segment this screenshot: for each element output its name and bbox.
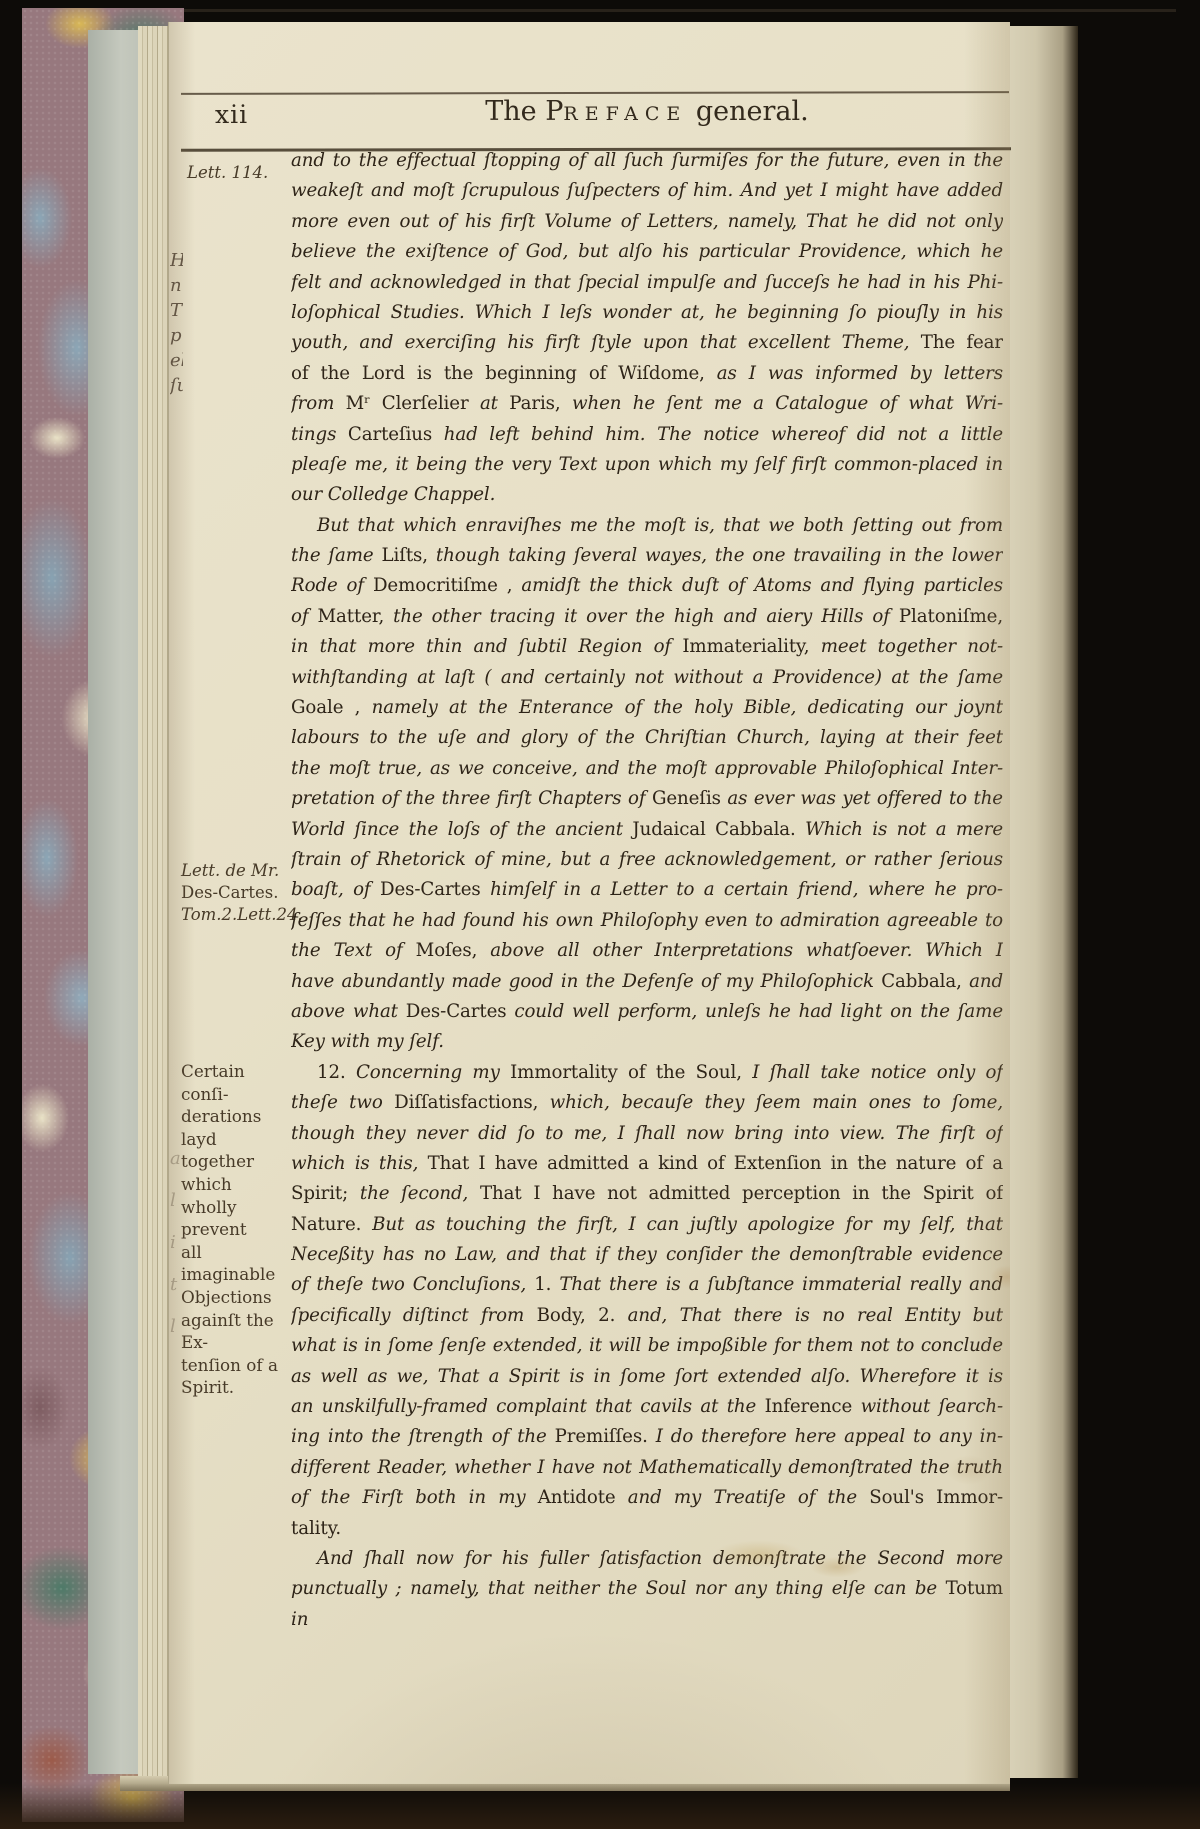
text-segment: But as touching the firſt, I can juſtly … [372,1214,1003,1235]
text-segment: Inference [765,1396,861,1417]
printed-page: xii The PREFACE general. Lett. 114. Lett… [168,22,1010,1784]
edge-stray-letter: l [170,1316,183,1337]
text-block: and to the effectual ſtopping of all ſuc… [291,146,1003,1635]
text-segment: Which is not a mere [805,819,1003,840]
text-segment: I ſhall take notice only of [752,1062,1003,1083]
margin-note-line: Lett. de Mr. [181,860,293,882]
text-segment: believe the exiſtence of God, but alſo h… [291,241,1003,262]
text-segment: That there is a ſubſtance immaterial rea… [559,1274,1003,1295]
bottom-shadow [0,1783,1200,1829]
text-segment: when he ſent me a Catalogue of what Wri- [572,393,1003,414]
text-segment: could well perform, unleſs he had light … [514,1001,1003,1022]
text-line: pleaſe me, it being the very Text upon w… [291,450,1003,480]
text-segment: which is this, [291,1153,428,1174]
text-segment: which, becauſe they ſeem main ones to ſo… [550,1092,1003,1113]
text-line: youth, and exerciſing his firſt ſtyle up… [291,328,1003,358]
text-segment: of the Firſt both in my [291,1487,538,1508]
text-segment: Antidote [538,1487,628,1508]
text-segment: labours to the uſe and glory of the Chri… [291,727,1003,748]
right-fore-edge [1008,26,1078,1778]
text-line: tality. [291,1514,1003,1544]
text-segment: have abundantly made good in the Defenſe… [291,971,881,992]
text-line: 12. Concerning my Immortality of the Sou… [291,1058,1003,1088]
margin-note-line: all imaginable [181,1241,295,1286]
margin-note-considerations: Certain conſi-derations laydtogether whi… [181,1060,295,1399]
edge-stray-letter: T [170,300,183,321]
text-line: And ſhall now for his fuller ſatisfactio… [291,1544,1003,1574]
text-segment: Platoniſme, [899,606,1003,627]
margin-note-line: Des-Cartes. [181,882,293,904]
text-segment: and my Treatiſe of the [628,1487,869,1508]
catchword: in [291,1605,1003,1635]
text-segment: an unskilfully-framed complaint that cav… [291,1396,765,1417]
text-segment: That I have admitted a kind of Extenſion… [428,1153,1003,1174]
text-line: Goale , namely at the Enterance of the h… [291,693,1003,723]
text-segment: 12. [317,1062,356,1083]
edge-stray-letter: p [170,325,183,346]
text-line: Spirit; the ſecond, That I have not admi… [291,1179,1003,1209]
text-line: more even out of his firſt Volume of Let… [291,207,1003,237]
text-segment: felt and acknowledged in that ſpecial im… [291,272,1003,293]
text-segment: Concerning my [356,1062,510,1083]
text-segment: Diſſatisfactions, [394,1092,550,1113]
text-segment: Soul's Immor- [869,1487,1003,1508]
text-line: the ſame Liſts, though taking ſeveral wa… [291,541,1003,571]
text-segment: above what [291,1001,406,1022]
text-segment: Immateriality, [682,636,820,657]
text-segment: I do therefore here appeal to any in- [656,1426,1003,1447]
text-segment: ing into the ſtrength of the [291,1426,555,1447]
text-line: an unskilfully-framed complaint that cav… [291,1392,1003,1422]
text-segment: That I have not admitted perception in t… [480,1183,1003,1204]
text-line: boaſt, of Des-Cartes himſelf in a Letter… [291,875,1003,905]
text-segment: Nature. [291,1214,372,1235]
text-line: ſtrain of Rhetorick of mine, but a free … [291,845,1003,875]
text-line: ſpecifically diſtinct from Body, 2. and,… [291,1301,1003,1331]
text-segment: And ſhall now for his fuller ſatisfactio… [317,1548,1003,1569]
text-segment: Premiſſes. [555,1426,656,1447]
edge-stray-letter: ſu [170,375,183,396]
text-segment: Totum [946,1578,1003,1599]
text-segment: Democritiſme , [373,575,521,596]
text-segment: the ſecond, [360,1183,480,1204]
text-segment: had left behind him. The notice whereof … [444,424,1003,445]
text-segment: in that more thin and ſubtil Region of [291,636,682,657]
text-line: tings Carteſius had left behind him. The… [291,420,1003,450]
text-segment: Des-Cartes [380,879,490,900]
text-line: labours to the uſe and glory of the Chri… [291,723,1003,753]
text-segment: Matter, [318,606,394,627]
margin-note-line: Spirit. [181,1376,295,1399]
text-segment: ſtrain of Rhetorick of mine, but a free … [291,849,1003,870]
margin-note-line: Lett. 114. [187,162,291,183]
margin-note-line: againſt the Ex- [181,1309,295,1354]
text-segment: Moſes, [416,940,491,961]
text-segment: of [291,606,318,627]
text-segment: withſtanding at laſt ( and certainly not… [291,667,1003,688]
text-segment: The fear [921,332,1003,353]
text-line: punctually ; namely, that neither the So… [291,1574,1003,1604]
text-segment: the other tracing it over the high and a… [393,606,899,627]
text-segment: meet together not- [821,636,1003,657]
text-line: theſe two Diſſatisfactions, which, becau… [291,1088,1003,1118]
text-segment: namely at the Enterance of the holy Bibl… [372,697,1003,718]
running-title-general: general. [687,96,808,127]
text-line: believe the exiſtence of God, but alſo h… [291,237,1003,267]
text-line: Key with my ſelf. [291,1027,1003,1057]
text-segment: different Reader, whether I have not Mat… [291,1457,1003,1478]
text-segment: tings [291,424,348,445]
text-segment: punctually ; namely, that neither the So… [291,1578,946,1599]
text-segment: Geneſis [652,788,727,809]
text-line: But that which enraviſhes me the moſt is… [291,511,1003,541]
book-scan: xii The PREFACE general. Lett. 114. Lett… [0,0,1200,1829]
text-segment: Carteſius [348,424,444,445]
text-line: withſtanding at laſt ( and certainly not… [291,663,1003,693]
text-segment: Judaical Cabbala. [632,819,805,840]
text-segment: as I was informed by letters [717,363,1003,384]
text-segment: weakeſt and moſt ſcrupulous ſuſpecters o… [291,180,1003,201]
text-segment: himſelf in a Letter to a certain friend,… [490,879,1003,900]
text-segment: without ſearch- [861,1396,1003,1417]
text-segment: the ſame [291,545,382,566]
text-segment: above all other Interpretations whatſoev… [490,940,1003,961]
margin-note-line: derations layd [181,1105,295,1150]
text-line: the moſt true, as we conceive, and the m… [291,754,1003,784]
text-segment: Goale , [291,697,372,718]
text-segment: Immortality of the Soul, [510,1062,752,1083]
text-segment: and [969,971,1003,992]
text-line: Rode of Democritiſme , amidſt the thick … [291,571,1003,601]
margin-note-line: Objections [181,1286,295,1309]
text-segment: as well as we, That a Spirit is in ſome … [291,1366,1003,1387]
text-line: which is this, That I have admitted a ki… [291,1149,1003,1179]
text-segment: Liſts, [382,545,436,566]
edge-stray-letter: t [170,1274,183,1295]
text-line: ing into the ſtrength of the Premiſſes. … [291,1422,1003,1452]
text-segment: boaſt, of [291,879,380,900]
cover-edge-line [26,9,1176,12]
margin-note-line: Tom.2.Lett.24. [181,904,293,926]
text-segment: and to the effectual ſtopping of all ſuc… [291,150,1003,171]
text-segment: Mʳ Clerſelier [346,393,480,414]
text-segment: tality. [291,1518,341,1539]
text-segment: the moſt true, as we conceive, and the m… [291,758,1003,779]
running-title: The PREFACE general. [291,96,1003,127]
text-line: above what Des-Cartes could well perform… [291,997,1003,1027]
text-line: of the Firſt both in my Antidote and my … [291,1483,1003,1513]
text-line: and to the effectual ſtopping of all ſuc… [291,146,1003,176]
text-line: World ſince the loſs of the ancient Juda… [291,815,1003,845]
text-line: of theſe two Concluſions, 1. That there … [291,1270,1003,1300]
text-segment: though they never did ſo to me, I ſhall … [291,1123,1003,1144]
text-line: in that more thin and ſubtil Region of I… [291,632,1003,662]
margin-note-lett-114: Lett. 114. [187,162,291,183]
text-line: from Mʳ Clerſelier at Paris, when he ſen… [291,389,1003,419]
page-edge-stack [138,26,170,1780]
text-segment: 1. [534,1274,559,1295]
text-segment: from [291,393,346,414]
text-line: loſophical Studies. Which I leſs wonder … [291,298,1003,328]
text-segment: of theſe two Concluſions, [291,1274,534,1295]
text-segment: pleaſe me, it being the very Text upon w… [291,454,1003,475]
text-segment: Paris, [509,393,572,414]
text-segment: what is in ſome ſenſe extended, it will … [291,1335,1003,1356]
text-segment: as ever was yet offered to the [727,788,1003,809]
running-title-initial: P [545,96,563,127]
text-line: pretation of the three firſt Chapters of… [291,784,1003,814]
text-line: feſſes that he had found his own Philoſo… [291,906,1003,936]
text-segment: Key with my ſelf. [291,1031,444,1052]
margin-note-des-cartes: Lett. de Mr.Des-Cartes.Tom.2.Lett.24. [181,860,293,926]
text-segment: loſophical Studies. Which I leſs wonder … [291,302,1003,323]
text-line: Nature. But as touching the firſt, I can… [291,1210,1003,1240]
text-line: though they never did ſo to me, I ſhall … [291,1119,1003,1149]
page-number: xii [215,100,248,129]
edge-stray-letter: i [170,1232,183,1253]
edge-stray-letter: H [170,250,183,271]
text-line: different Reader, whether I have not Mat… [291,1453,1003,1483]
text-segment: amidſt the thick duſt of Atoms and flyin… [521,575,1003,596]
edge-stray-letter: a [170,1148,183,1169]
text-segment: Des-Cartes [406,1001,515,1022]
text-segment: World ſince the loſs of the ancient [291,819,632,840]
text-segment: though taking ſeveral wayes, the one tra… [436,545,1003,566]
running-title-the: The [485,96,545,127]
margin-note-line: together which [181,1150,295,1195]
text-segment: youth, and exerciſing his firſt ſtyle up… [291,332,921,353]
text-segment: and, That there is no real Entity but [628,1305,1003,1326]
text-line: have abundantly made good in the Defenſe… [291,967,1003,997]
text-segment: Body, 2. [537,1305,628,1326]
text-segment: our Colledge Chappel. [291,484,495,505]
text-line: as well as we, That a Spirit is in ſome … [291,1362,1003,1392]
margin-note-line: wholly prevent [181,1196,295,1241]
edge-stray-letter: l [170,1190,183,1211]
text-segment: Spirit; [291,1183,360,1204]
text-segment: pretation of the three firſt Chapters of [291,788,652,809]
text-segment: Cabbala, [881,971,969,992]
edge-stray-letter: el [170,350,183,371]
text-segment: the Text of [291,940,416,961]
text-line: our Colledge Chappel. [291,480,1003,510]
text-line: what is in ſome ſenſe extended, it will … [291,1331,1003,1361]
margin-note-line: Certain conſi- [181,1060,295,1105]
text-segment: Rode of [291,575,373,596]
text-line: Neceßity has no Law, and that if they co… [291,1240,1003,1270]
text-line: the Text of Moſes, above all other Inter… [291,936,1003,966]
text-segment: more even out of his firſt Volume of Let… [291,211,1003,232]
header-rule-top [181,91,1009,95]
text-segment: But that which enraviſhes me the moſt is… [317,515,1003,536]
text-segment: of the Lord is the beginning of Wiſdome, [291,363,717,384]
edge-stray-letter: n [170,275,183,296]
text-line: of the Lord is the beginning of Wiſdome,… [291,359,1003,389]
text-segment: feſſes that he had found his own Philoſo… [291,910,1003,931]
text-segment: theſe two [291,1092,394,1113]
text-segment: ſpecifically diſtinct from [291,1305,537,1326]
text-line: weakeſt and moſt ſcrupulous ſuſpecters o… [291,176,1003,206]
running-title-caps: REFACE [563,103,687,125]
margin-note-line: tenſion of a [181,1354,295,1377]
text-line: of Matter, the other tracing it over the… [291,602,1003,632]
text-segment: at [480,393,509,414]
text-segment: Neceßity has no Law, and that if they co… [291,1244,1003,1265]
text-line: felt and acknowledged in that ſpecial im… [291,268,1003,298]
